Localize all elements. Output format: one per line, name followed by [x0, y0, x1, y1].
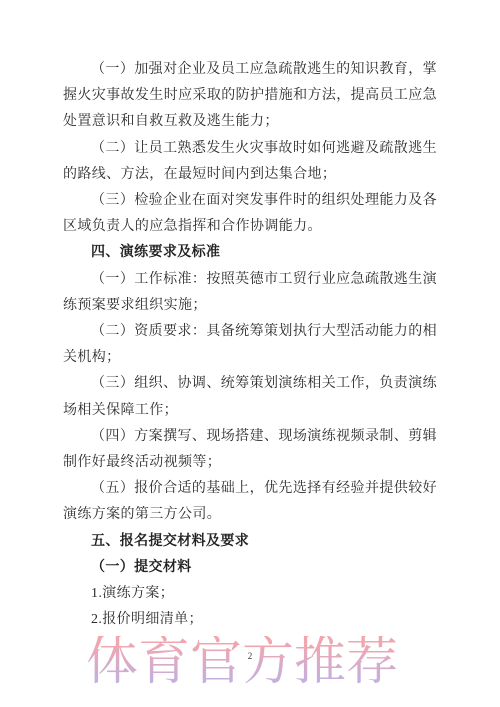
paragraph: （二）让员工熟悉发生火灾事故时如何逃避及疏散逃生的路线、方法，在最短时间内到达集…	[63, 136, 437, 188]
paragraph: （一）工作标准：按照英德市工贸行业应急疏散逃生演练预案要求组织实施；	[63, 267, 437, 319]
list-item: 2.报价明细清单；	[63, 607, 437, 633]
paragraph: （一）加强对企业及员工应急疏散逃生的知识教育，掌握火灾事故发生时应采取的防护措施…	[63, 57, 437, 136]
paragraph: （二）资质要求：具备统筹策划执行大型活动能力的相关机构；	[63, 319, 437, 371]
paragraph: （三）组织、协调、统筹策划演练相关工作，负责演练场相关保障工作；	[63, 371, 437, 423]
paragraph: （三）检验企业在面对突发事件时的组织处理能力及各区域负责人的应急指挥和合作协调能…	[63, 188, 437, 240]
page-number: 2	[0, 651, 500, 661]
paragraph: （五）报价合适的基础上，优先选择有经验并提供较好演练方案的第三方公司。	[63, 476, 437, 528]
sub-heading: （一）提交材料	[63, 555, 437, 581]
section-heading: 五、报名提交材料及要求	[63, 529, 437, 555]
watermark: 体育官方推荐	[86, 636, 398, 691]
document-content: （一）加强对企业及员工应急疏散逃生的知识教育，掌握火灾事故发生时应采取的防护措施…	[63, 57, 437, 633]
list-item: 1.演练方案；	[63, 581, 437, 607]
section-heading: 四、演练要求及标准	[63, 240, 437, 266]
paragraph: （四）方案撰写、现场搭建、现场演练视频录制、剪辑制作好最终活动视频等；	[63, 424, 437, 476]
document-page: （一）加强对企业及员工应急疏散逃生的知识教育，掌握火灾事故发生时应采取的防护措施…	[0, 0, 500, 707]
